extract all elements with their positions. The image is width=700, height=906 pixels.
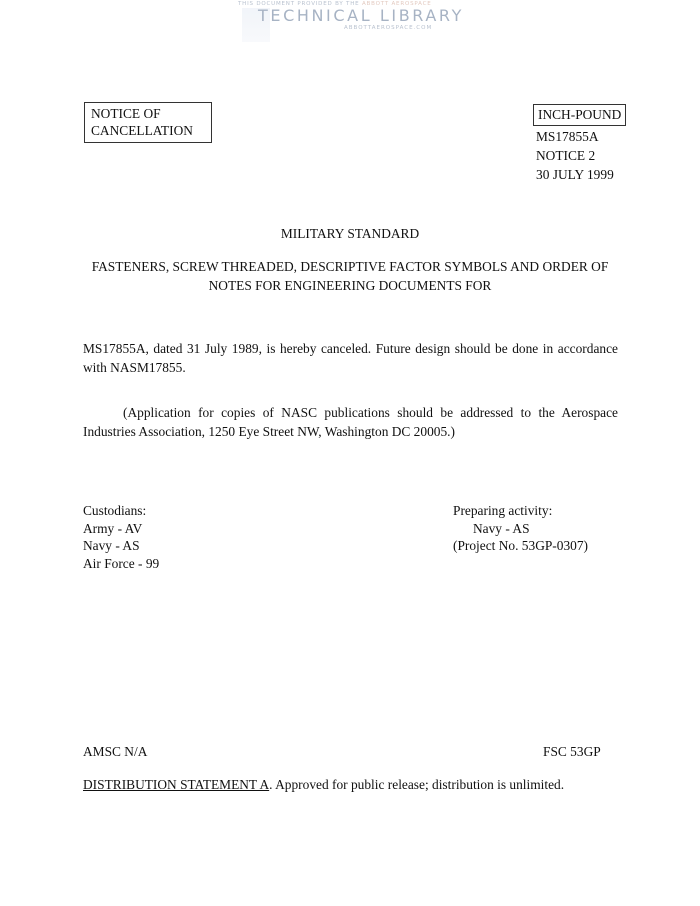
notice-date: 30 JULY 1999	[536, 165, 614, 184]
amsc-code: AMSC N/A	[83, 744, 147, 760]
preparing-activity-label: Preparing activity:	[453, 502, 588, 520]
distribution-text: . Approved for public release; distribut…	[269, 777, 564, 792]
custodians-label: Custodians:	[83, 502, 159, 520]
notice-box-line-2: CANCELLATION	[91, 122, 205, 139]
watermark: This Document Provided by the Abbott Aer…	[236, 0, 466, 44]
notice-box-line-1: NOTICE OF	[91, 105, 205, 122]
fsc-code: FSC 53GP	[543, 744, 601, 760]
distribution-statement: DISTRIBUTION STATEMENT A. Approved for p…	[83, 777, 564, 793]
custodian-item: Air Force - 99	[83, 555, 159, 573]
notice-number: NOTICE 2	[536, 146, 614, 165]
inch-pound-box: INCH-POUND	[533, 104, 626, 126]
document-type: MILITARY STANDARD	[80, 226, 620, 242]
watermark-url: abbottaerospace.com	[344, 25, 432, 31]
preparing-activity-block: Preparing activity: Navy - AS (Project N…	[453, 502, 588, 555]
document-number: MS17855A	[536, 127, 614, 146]
document-identification: MS17855A NOTICE 2 30 JULY 1999	[536, 127, 614, 184]
subject-line-2: NOTES FOR ENGINEERING DOCUMENTS FOR	[80, 276, 620, 295]
distribution-label: DISTRIBUTION STATEMENT A	[83, 777, 269, 792]
custodians-block: Custodians: Army - AV Navy - AS Air Forc…	[83, 502, 159, 572]
document-subject: FASTENERS, SCREW THREADED, DESCRIPTIVE F…	[80, 257, 620, 295]
subject-line-1: FASTENERS, SCREW THREADED, DESCRIPTIVE F…	[80, 257, 620, 276]
preparing-activity-agency: Navy - AS	[453, 520, 588, 538]
notice-of-cancellation-box: NOTICE OF CANCELLATION	[84, 102, 212, 143]
project-number: (Project No. 53GP-0307)	[453, 537, 588, 555]
custodian-item: Army - AV	[83, 520, 159, 538]
custodian-item: Navy - AS	[83, 537, 159, 555]
application-paragraph: (Application for copies of NASC publicat…	[83, 403, 618, 441]
cancellation-paragraph: MS17855A, dated 31 July 1989, is hereby …	[83, 339, 618, 377]
watermark-title: TECHNICAL LIBRARY	[258, 6, 464, 25]
